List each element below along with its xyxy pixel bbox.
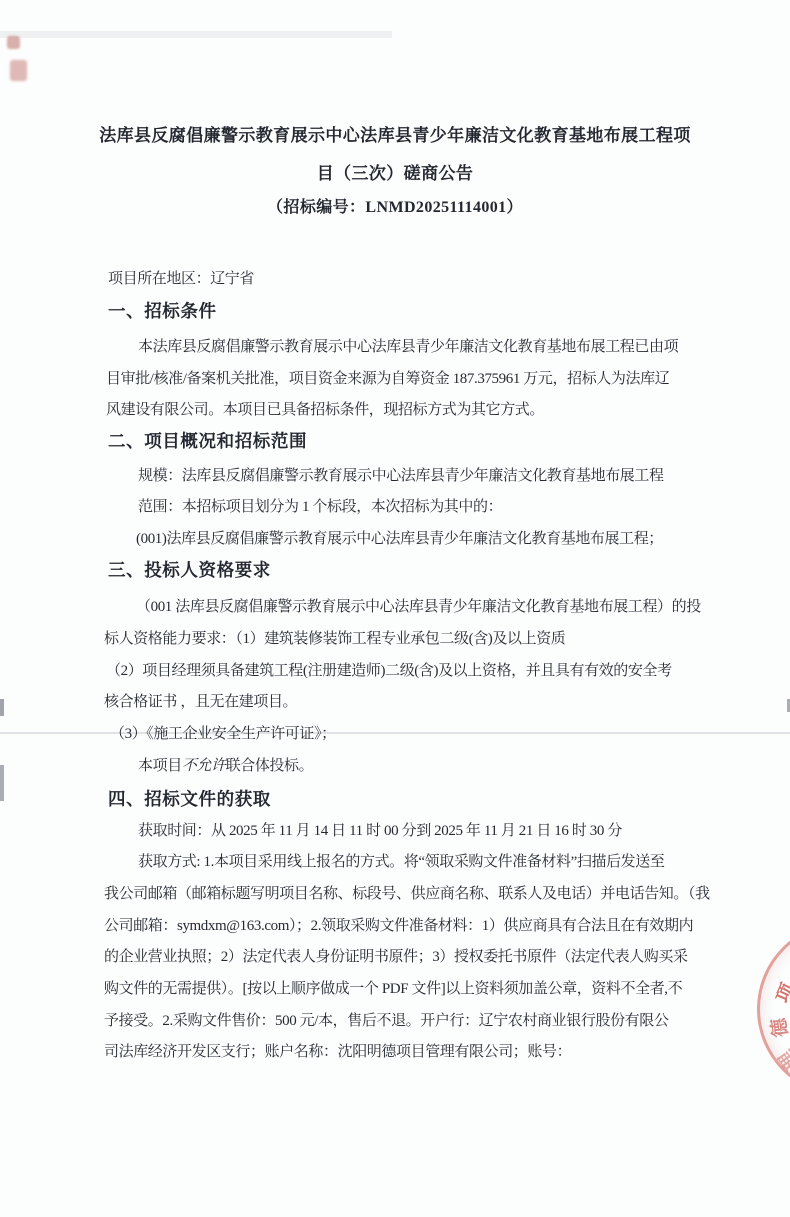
document-title-line: 法库县反腐倡廉警示教育展示中心法库县青少年廉洁文化教育基地布展工程项 — [0, 126, 790, 146]
text-line: （2）项目经理须具备建筑工程(注册建造师)二级(含)及以上资格，并且具有有效的安… — [106, 663, 672, 680]
text-line: （001 法库县反腐倡廉警示教育展示中心法库县青少年廉洁文化教育基地布展工程）的… — [136, 599, 701, 616]
seal-character: 理 — [776, 1046, 790, 1073]
seal-character: 德 — [770, 1017, 790, 1038]
text-line: 风建设有限公司。本项目已具备招标条件，现招标方式为其它方式。 — [106, 402, 544, 419]
text-line: (001)法库县反腐倡廉警示教育展示中心法库县青少年廉洁文化教育基地布展工程； — [136, 531, 663, 548]
section-heading: 二、项目概况和招标范围 — [108, 431, 307, 451]
text-line: 购文件的无需提供）。[按以上顺序做成一个 PDF 文件]以上资料须加盖公章，资料… — [104, 981, 682, 998]
document-title-line: 目（三次）磋商公告 — [0, 164, 790, 184]
text-line: 规模：法库县反腐倡廉警示教育展示中心法库县青少年廉洁文化教育基地布展工程 — [138, 468, 664, 485]
text-line: 核合格证书 ，且无在建项目。 — [104, 694, 297, 711]
company-seal-stamp: 目 项 德 理 — [757, 921, 790, 1097]
section-heading: 四、招标文件的获取 — [108, 789, 271, 809]
scan-artifact-band — [0, 31, 392, 38]
text-segment: 本项目 — [138, 758, 182, 774]
text-line: （3）《施工企业安全生产许可证》； — [110, 726, 336, 743]
text-line: 的企业营业执照；2）法定代表人身份证明书原件；3）授权委托书原件（法定代表人购买… — [104, 949, 688, 966]
text-segment: 不允许 — [182, 758, 226, 774]
text-segment: 联合体投标。 — [226, 758, 314, 774]
text-line: 予接受。2.采购文件售价：500 元/本，售后不退。开户行：辽宁农村商业银行股份… — [104, 1013, 668, 1030]
text-line: 本项目不允许联合体投标。 — [138, 758, 313, 775]
document-title-line: （招标编号：LNMD20251114001） — [0, 199, 790, 217]
text-line: 获取时间：从 2025 年 11 月 14 日 11 时 00 分到 2025 … — [138, 823, 622, 840]
section-heading: 一、招标条件 — [108, 301, 217, 321]
seal-character: 项 — [774, 981, 790, 1006]
red-ink-mark — [7, 36, 20, 49]
text-line: 目审批/核准/备案机关批准，项目资金来源为自筹资金 187.375961 万元，… — [106, 371, 669, 388]
scan-artifact-edge — [0, 765, 4, 801]
text-line: 标人资格能力要求：（1）建筑装修装饰工程专业承包二级(含)及以上资质 — [104, 631, 565, 648]
red-ink-mark — [10, 60, 27, 81]
text-line: 司法库经济开发区支行；账户名称：沈阳明德项目管理有限公司；账号： — [104, 1044, 571, 1061]
document-page: 法库县反腐倡廉警示教育展示中心法库县青少年廉洁文化教育基地布展工程项目（三次）磋… — [0, 0, 790, 1217]
text-line: 项目所在地区：辽宁省 — [108, 271, 254, 288]
section-heading: 三、投标人资格要求 — [108, 560, 271, 580]
text-line: 范围：本招标项目划分为 1 个标段，本次招标为其中的： — [138, 499, 502, 516]
text-line: 公司邮箱：symdxm@163.com）；2.领取采购文件准备材料：1）供应商具… — [104, 918, 693, 935]
text-line: 我公司邮箱（邮箱标题写明项目名称、标段号、供应商名称、联系人及电话）并电话告知。… — [104, 886, 710, 903]
scan-artifact-edge — [0, 699, 4, 716]
text-line: 获取方式: 1.本项目采用线上报名的方式。将“领取采购文件准备材料”扫描后发送至 — [138, 854, 665, 871]
text-line: 本法库县反腐倡廉警示教育展示中心法库县青少年廉洁文化教育基地布展工程已由项 — [138, 339, 678, 356]
